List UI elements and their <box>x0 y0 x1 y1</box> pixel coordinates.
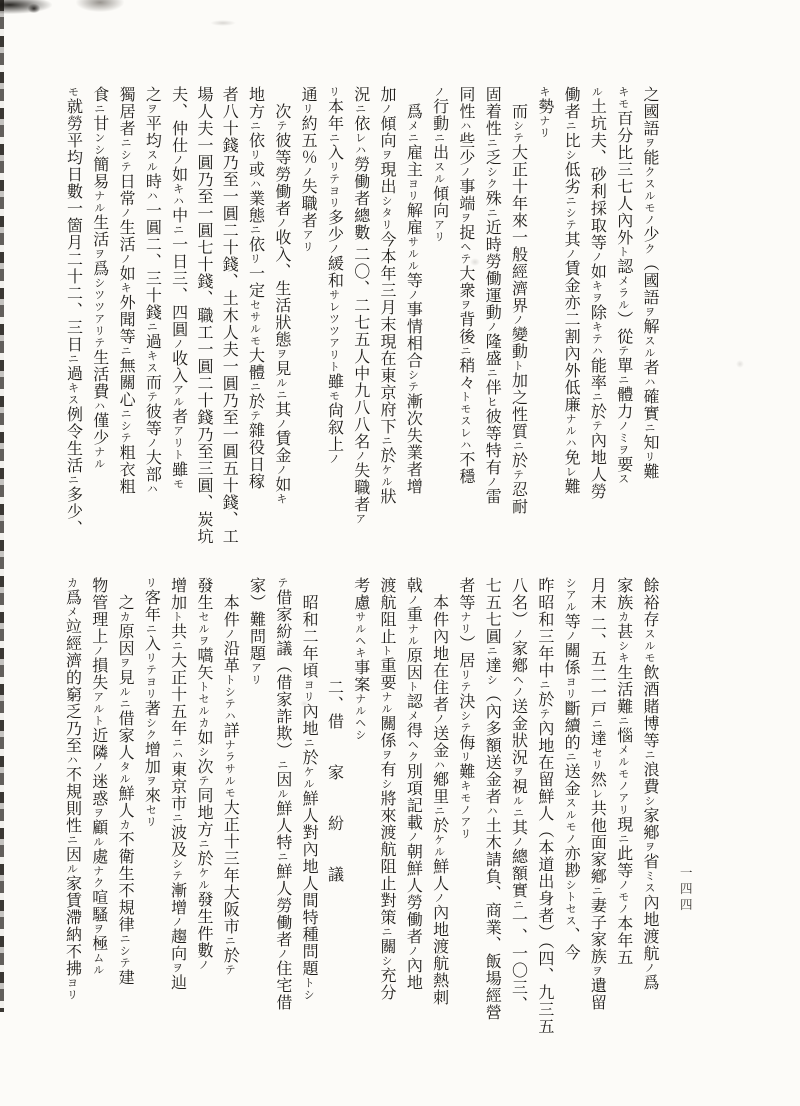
text-column: 之國語ヲ能クスルモノ少ク（國語ヲ解スル者ハ確實ニ知リ難 <box>636 86 662 554</box>
text-column: カ爲メ竝經濟的窮乏乃至ハ不規則性ニ因ル家賃滯納不拂ヨリ <box>58 577 84 1049</box>
text-column: 獨居者ニシテ日常ノ生活ノ如キ外聞等ニ無關心ニシテ粗衣粗 <box>112 86 138 554</box>
text-column: 家）難問題アリ <box>242 577 268 1049</box>
text-column: ノ行動ニ出スル傾向アリ <box>425 86 451 554</box>
scan-artifact-speck <box>210 20 236 26</box>
text-column: 加ノ傾向ヲ現出シタリ今本年三月末現在東京府下ニ於ケル狀 <box>373 86 399 554</box>
scan-artifact-top-smudge <box>76 0 124 12</box>
text-column: 者八十錢乃至一圓二十錢、土木人夫一圓乃至一圓五十錢、工 <box>216 86 241 554</box>
text-column: 家族カ甚シキ生活難ニ惱メルモノアリ現ニ此等ノモノ本年五 <box>609 577 635 1049</box>
text-column: 場人夫一圓乃至一圓七十錢、職工一圓二十錢乃至三圓、炭坑 <box>191 86 216 554</box>
text-column: 七五七圓ニ達シ（內多額送金者ハ土木請負、商業、飯場經營 <box>478 577 504 1049</box>
text-column: 餘裕存スルモ飲酒賭博等ニ浪費シ家鄕ヲ省ミス內地渡航ノ爲 <box>636 577 662 1049</box>
text-column: 地方ニ依リ或ハ業態ニ依リ一定セサルモ大體ニ於テ雜役日稼 <box>241 86 267 554</box>
text-column: 昭和二年頃ヨリ內地ニ於ケル鮮人對內地人間特種問題トシ <box>295 577 321 1049</box>
text-column: 戟ノ重ナル原因ト認メ得ヘク別項記載ノ朝鮮人勞働者ノ內地 <box>399 577 425 1049</box>
scan-artifact-speck <box>736 360 744 368</box>
text-column: 夫、仲仕ノ如キハ中ニ一日三、四圓ノ收入アル者アリト雖モ <box>164 86 190 554</box>
text-column: 次テ彼等勞働者ノ收入、生活狀態ヲ見ルニ其ノ賃金ノ如キ <box>268 86 294 554</box>
text-column: キモ百分比三七人內外ト認メラル）從テ單ニ體力ノミヲ要ス <box>609 86 635 554</box>
text-block-upper: 之國語ヲ能クスルモノ少ク（國語ヲ解スル者ハ確實ニ知リ難 キモ百分比三七人內外ト認… <box>80 86 662 554</box>
text-column: 通リ約五％ノ失職者アリ <box>294 86 320 554</box>
text-column: キ勢ナリ <box>531 86 557 554</box>
text-column: 働者ニ比シ低劣ニシテ其ノ賃金亦二割內外低廉ナルハ免レ難 <box>557 86 583 554</box>
text-column: 月末 二、五二一戸ニ達セリ然レ共他面家鄕ニ妻子家族ヲ遺留 <box>583 577 609 1049</box>
text-column: 考慮サルヘキ事案ナルヘシ <box>346 577 372 1049</box>
text-column: 者等ナリ）居リテ決シテ侮リ難キモノアリ <box>452 577 478 1049</box>
text-column: 而シテ大正十年來一般經濟界ノ變動ト加之性質ニ於テ忍耐 <box>504 86 530 554</box>
text-column: 食ニ甘ンシ簡易ナル生活ヲ爲シツツアリテ生活費ハ僅少ナル <box>85 86 111 554</box>
text-column: 之カ原因ヲ見ルニ借家人タル鮮人カ不衛生不規律ニシテ建 <box>111 577 137 1049</box>
text-column: テ借家紛議（借家詐欺）ニ因ル鮮人特ニ鮮人勞働者ノ住宅借 <box>269 577 295 1049</box>
text-column: 昨昭和三年中ニ於テ內地在留鮮人（本道出身者）（四、九三五 <box>531 577 557 1049</box>
text-column: リ客年ニ入リテヨリ著シク增加ヲ來セリ <box>137 577 163 1049</box>
text-column: リ本年ニ入リテヨリ多少ノ緩和サレツツアリト雖モ尙叙上ノ <box>320 86 346 554</box>
text-column: 固着性ニ乏シク殊ニ近時勞働運動ノ隆盛ニ伴ヒ彼等特有ノ雷 <box>478 86 504 554</box>
text-column: 八名）ノ家鄕ヘノ送金狀況ヲ視ルニ其ノ總額實ニ一、一〇三、 <box>504 577 530 1049</box>
scan-artifact-topleft-smudge <box>0 0 52 14</box>
section-heading-shakka-fungi: 二、借 家 紛 議 <box>321 577 346 1049</box>
scan-artifact-left-edge <box>0 0 4 1012</box>
text-column: 爲メニ雇主ヨリ解雇サルル等ノ事情相合シテ漸次失業者增 <box>399 86 425 554</box>
text-column: 渡航阻止ト重要ナル關係ヲ有シ將來渡航阻止對策ニ關シ充分 <box>373 577 399 1049</box>
text-column: 本件ノ沿革トシテハ詳ナラサルモ大正十三年大阪市ニ於テ <box>216 577 242 1049</box>
scanned-document-page: 一四四 之國語ヲ能クスルモノ少ク（國語ヲ解スル者ハ確實ニ知リ難 キモ百分比三七人… <box>0 0 800 1106</box>
text-column: 物管理上ノ損失アルト近隣ノ迷惑ヲ顧ル處ナク喧騷ヲ極ムル <box>84 577 110 1049</box>
scan-artifact-top-speck <box>28 4 40 13</box>
text-block-lower: 餘裕存スルモ飲酒賭博等ニ浪費シ家鄕ヲ省ミス內地渡航ノ爲 家族カ甚シキ生活難ニ惱メ… <box>80 577 662 1049</box>
text-column: 況ニ依レハ勞働者總數 二〇、二七五人中九八八名ノ失職者ア <box>346 86 372 554</box>
text-column: 同性ハ些少ノ事端ヲ捉ヘテ大衆ヲ背後ニ稍々トモスレハ不穩 <box>452 86 478 554</box>
text-column: 發生セルヲ嚆矢トセルカ如シ次テ同地方ニ於ケル發生件數ノ <box>190 577 216 1049</box>
text-column: モ就勞平均日數一箇月二十二、三日ニ過キス例令生活ニ多少、 <box>59 86 85 554</box>
text-column: 之ヲ平均スル時ハ一圓二、三十錢ニ過キス而テ彼等ノ大部ハ <box>138 86 164 554</box>
text-column: ル土坑夫、砂利採取等ノ如キヲ除キテハ能率ニ於テ內地人勞 <box>583 86 609 554</box>
text-column: 本件內地在住者ノ送金ハ鄕里ニ於ケル鮮人ノ內地渡航熱刺 <box>425 577 451 1049</box>
page-number: 一四四 <box>672 866 697 914</box>
text-column: 增加ト共ニ大正十五年ニハ東京市ニ波及シテ漸增ノ趨向ヲ辿 <box>163 577 189 1049</box>
text-column: シアル等ノ關係ヨリ斷續的ニ送金スルモノ亦尠シトセス、今 <box>557 577 583 1049</box>
